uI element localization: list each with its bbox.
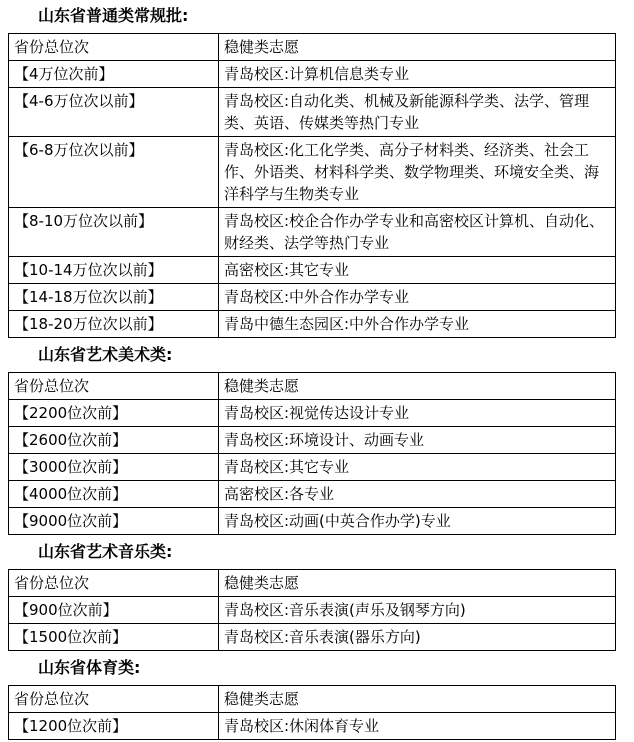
- rank-cell: 【4000位次前】: [9, 481, 219, 508]
- table-header-row: 省份总位次 稳健类志愿: [9, 570, 616, 597]
- section-art-music: 山东省艺术音乐类: 省份总位次 稳健类志愿 【900位次前】 青岛校区:音乐表演…: [8, 542, 624, 651]
- table-row: 【9000位次前】 青岛校区:动画(中英合作办学)专业: [9, 508, 616, 535]
- table-row: 【900位次前】 青岛校区:音乐表演(声乐及钢琴方向): [9, 597, 616, 624]
- choice-cell: 青岛校区:计算机信息类专业: [219, 61, 616, 88]
- rank-cell: 【3000位次前】: [9, 454, 219, 481]
- section-art-fine-arts: 山东省艺术美术类: 省份总位次 稳健类志愿 【2200位次前】 青岛校区:视觉传…: [8, 345, 624, 535]
- rank-cell: 【900位次前】: [9, 597, 219, 624]
- column-header-choice: 稳健类志愿: [219, 570, 616, 597]
- table-row: 【1200位次前】 青岛校区:休闲体育专业: [9, 713, 616, 740]
- choice-cell: 青岛中德生态园区:中外合作办学专业: [219, 311, 616, 338]
- table-row: 【2600位次前】 青岛校区:环境设计、动画专业: [9, 427, 616, 454]
- section-heading: 山东省体育类:: [38, 658, 624, 678]
- table-row: 【18-20万位次以前】 青岛中德生态园区:中外合作办学专业: [9, 311, 616, 338]
- choice-cell: 青岛校区:环境设计、动画专业: [219, 427, 616, 454]
- rank-cell: 【6-8万位次以前】: [9, 137, 219, 208]
- table-row: 【6-8万位次以前】 青岛校区:化工化学类、高分子材料类、经济类、社会工作、外语…: [9, 137, 616, 208]
- choice-cell: 青岛校区:校企合作办学专业和高密校区计算机、自动化、财经类、法学等热门专业: [219, 208, 616, 257]
- choice-cell: 青岛校区:休闲体育专业: [219, 713, 616, 740]
- admission-table-fine-arts: 省份总位次 稳健类志愿 【2200位次前】 青岛校区:视觉传达设计专业 【260…: [8, 372, 616, 535]
- table-row: 【4000位次前】 高密校区:各专业: [9, 481, 616, 508]
- section-heading: 山东省普通类常规批:: [38, 6, 624, 26]
- rank-cell: 【10-14万位次以前】: [9, 257, 219, 284]
- admission-table-general: 省份总位次 稳健类志愿 【4万位次前】 青岛校区:计算机信息类专业 【4-6万位…: [8, 33, 616, 338]
- column-header-rank: 省份总位次: [9, 373, 219, 400]
- rank-cell: 【8-10万位次以前】: [9, 208, 219, 257]
- table-row: 【2200位次前】 青岛校区:视觉传达设计专业: [9, 400, 616, 427]
- table-row: 【1500位次前】 青岛校区:音乐表演(器乐方向): [9, 624, 616, 651]
- rank-cell: 【2200位次前】: [9, 400, 219, 427]
- section-heading: 山东省艺术美术类:: [38, 345, 624, 365]
- rank-cell: 【4万位次前】: [9, 61, 219, 88]
- rank-cell: 【2600位次前】: [9, 427, 219, 454]
- table-header-row: 省份总位次 稳健类志愿: [9, 686, 616, 713]
- table-row: 【8-10万位次以前】 青岛校区:校企合作办学专业和高密校区计算机、自动化、财经…: [9, 208, 616, 257]
- column-header-choice: 稳健类志愿: [219, 373, 616, 400]
- column-header-rank: 省份总位次: [9, 686, 219, 713]
- column-header-rank: 省份总位次: [9, 34, 219, 61]
- choice-cell: 青岛校区:音乐表演(声乐及钢琴方向): [219, 597, 616, 624]
- document-page: 山东省普通类常规批: 省份总位次 稳健类志愿 【4万位次前】 青岛校区:计算机信…: [0, 0, 634, 742]
- column-header-choice: 稳健类志愿: [219, 686, 616, 713]
- column-header-choice: 稳健类志愿: [219, 34, 616, 61]
- section-heading: 山东省艺术音乐类:: [38, 542, 624, 562]
- rank-cell: 【4-6万位次以前】: [9, 88, 219, 137]
- choice-cell: 高密校区:其它专业: [219, 257, 616, 284]
- table-row: 【3000位次前】 青岛校区:其它专业: [9, 454, 616, 481]
- column-header-rank: 省份总位次: [9, 570, 219, 597]
- choice-cell: 青岛校区:自动化类、机械及新能源科学类、法学、管理类、英语、传媒类等热门专业: [219, 88, 616, 137]
- table-row: 【10-14万位次以前】 高密校区:其它专业: [9, 257, 616, 284]
- table-row: 【4万位次前】 青岛校区:计算机信息类专业: [9, 61, 616, 88]
- section-sports: 山东省体育类: 省份总位次 稳健类志愿 【1200位次前】 青岛校区:休闲体育专…: [8, 658, 624, 740]
- table-row: 【14-18万位次以前】 青岛校区:中外合作办学专业: [9, 284, 616, 311]
- admission-table-music: 省份总位次 稳健类志愿 【900位次前】 青岛校区:音乐表演(声乐及钢琴方向) …: [8, 569, 616, 651]
- rank-cell: 【9000位次前】: [9, 508, 219, 535]
- choice-cell: 青岛校区:音乐表演(器乐方向): [219, 624, 616, 651]
- choice-cell: 青岛校区:中外合作办学专业: [219, 284, 616, 311]
- rank-cell: 【1500位次前】: [9, 624, 219, 651]
- table-header-row: 省份总位次 稳健类志愿: [9, 373, 616, 400]
- rank-cell: 【18-20万位次以前】: [9, 311, 219, 338]
- choice-cell: 青岛校区:化工化学类、高分子材料类、经济类、社会工作、外语类、材料科学类、数学物…: [219, 137, 616, 208]
- table-row: 【4-6万位次以前】 青岛校区:自动化类、机械及新能源科学类、法学、管理类、英语…: [9, 88, 616, 137]
- section-general-regular-batch: 山东省普通类常规批: 省份总位次 稳健类志愿 【4万位次前】 青岛校区:计算机信…: [8, 6, 624, 338]
- rank-cell: 【1200位次前】: [9, 713, 219, 740]
- admission-table-sports: 省份总位次 稳健类志愿 【1200位次前】 青岛校区:休闲体育专业: [8, 685, 616, 740]
- choice-cell: 青岛校区:动画(中英合作办学)专业: [219, 508, 616, 535]
- table-header-row: 省份总位次 稳健类志愿: [9, 34, 616, 61]
- choice-cell: 青岛校区:其它专业: [219, 454, 616, 481]
- choice-cell: 青岛校区:视觉传达设计专业: [219, 400, 616, 427]
- choice-cell: 高密校区:各专业: [219, 481, 616, 508]
- rank-cell: 【14-18万位次以前】: [9, 284, 219, 311]
